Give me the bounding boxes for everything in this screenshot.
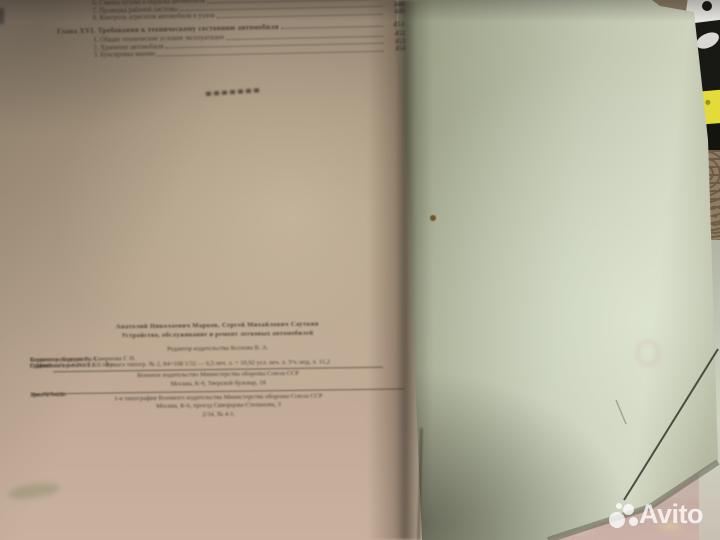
toc-page-number: 449 (385, 8, 405, 16)
toc-leader (216, 13, 382, 17)
colophon-print-date: Подписано к печати 1.XII.69 г. (30, 361, 114, 371)
toc-leader (281, 26, 383, 29)
toc-row-label: 8. Контроль агрегатов автомобиля и узлов (93, 12, 215, 22)
background-black-dot (702, 1, 712, 11)
toc-list: 6. Смазка кузова и окраска автомобиля 44… (54, 0, 405, 60)
avito-watermark: Avito (607, 494, 717, 534)
book-gutter-shadow (368, 0, 432, 540)
book-photo: 6. Смазка кузова и окраска автомобиля 44… (0, 0, 720, 540)
avito-brand-text: Avito (639, 499, 703, 529)
colophon-price: Цена 37 коп. (30, 391, 65, 400)
colophon: Анатолий Николаевич Марков, Сергей Михай… (29, 319, 406, 422)
toc-page-number: 454 (385, 45, 405, 53)
toc-row-label: 3. Буксировка машин (93, 51, 155, 60)
avito-logo-dots-icon (607, 499, 639, 529)
stain-mark (636, 340, 660, 366)
page-edge-nick (0, 8, 4, 24)
toc-page-number: 451 (385, 21, 405, 29)
